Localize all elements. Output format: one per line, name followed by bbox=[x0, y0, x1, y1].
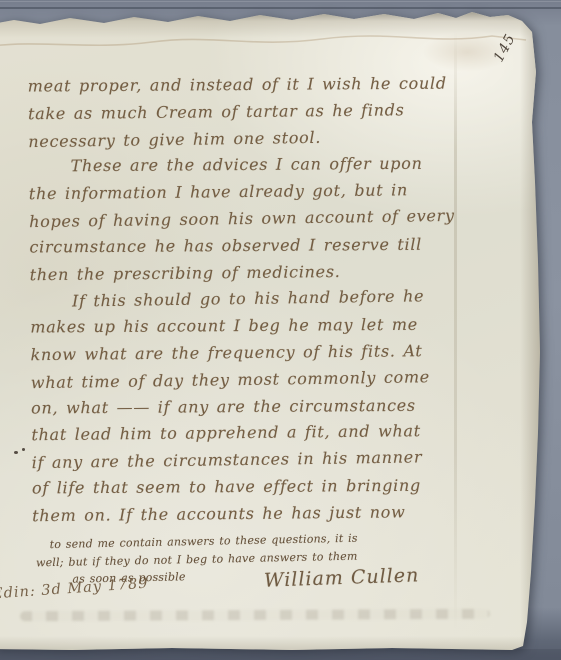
letter-line: what time of day they most commonly come bbox=[31, 364, 459, 397]
letter-body: meat proper, and instead of it I wish he… bbox=[28, 70, 461, 530]
letter-line: of life that seem to have effect in brin… bbox=[32, 472, 460, 502]
letter-line: meat proper, and instead of it I wish he… bbox=[28, 71, 456, 101]
letter-line: them on. If the accounts he has just now bbox=[32, 498, 460, 529]
letter-line: makes up his account I beg he may let me bbox=[30, 312, 458, 342]
letter-page: 145 meat proper, and instead of it I wis… bbox=[0, 12, 540, 652]
bleedthrough-marks bbox=[20, 609, 490, 621]
ink-blot bbox=[22, 448, 25, 451]
letter-line: on, what —— if any are the circumstances bbox=[31, 392, 459, 422]
ink-blot bbox=[14, 451, 18, 454]
paper-shadow-wrap: 145 meat proper, and instead of it I wis… bbox=[0, 0, 561, 660]
manuscript-scan: 145 meat proper, and instead of it I wis… bbox=[0, 0, 561, 660]
letter-line: circumstance he has observed I reserve t… bbox=[29, 231, 457, 261]
letter-line: These are the advices I can offer upon bbox=[29, 151, 457, 181]
signature: William Cullen bbox=[264, 564, 420, 591]
